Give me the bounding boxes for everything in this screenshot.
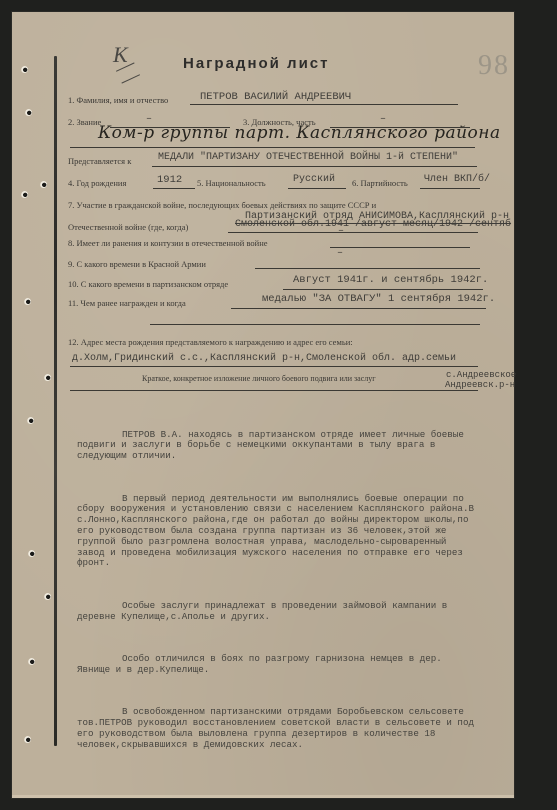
field-11-value: медалью "ЗА ОТВАГУ" 1 сентября 1942г. [262, 293, 495, 305]
position-handwritten: Ком-р группы парт. Касплянского района [98, 123, 501, 143]
summary-paragraph: Особые заслуги принадлежат в проведении … [77, 601, 477, 623]
handwritten-mark: К [113, 42, 128, 68]
archive-number: 98 [478, 50, 510, 82]
punch-hole [21, 66, 28, 73]
field-7-label-1: 7. Участие в гражданской войне, последую… [68, 200, 376, 210]
field-5-label: 5. Национальность [197, 178, 266, 188]
field-12-value-1: д.Холм,Гридинский с.с.,Касплянский р-н,С… [72, 353, 456, 364]
field-6-value: Член ВКП/б/ [424, 174, 490, 185]
punch-hole [25, 109, 32, 116]
field-8-value: – [338, 226, 344, 237]
field-1-label: 1. Фамилия, имя и отчество [68, 95, 168, 105]
punch-hole [44, 593, 51, 600]
punch-hole [28, 658, 35, 665]
summary-paragraph: ПЕТРОВ В.А. находясь в партизанском отря… [77, 430, 477, 462]
summary-paragraph: В освобожденном партизанскими отрядами Б… [77, 707, 477, 750]
punch-hole [28, 550, 35, 557]
presented-label: Представляется к [68, 156, 131, 166]
field-10-label: 10. С какого времени в партизанском отря… [68, 279, 228, 289]
field-2-label: 2. Звание [68, 117, 101, 127]
field-9-value: – [337, 248, 343, 259]
field-7-value-2: Смоленской обл.1941 /август месяц/1942 /… [235, 219, 511, 230]
field-6-label: 6. Партийность [352, 178, 408, 188]
punch-hole [24, 736, 31, 743]
document-title: Наградной лист [183, 55, 330, 72]
summary-caption: Краткое, конкретное изложение личного бо… [142, 374, 376, 383]
field-7-label-2: Отечественной войне (где, когда) [68, 222, 188, 232]
field-8-label: 8. Имеет ли ранения и контузии в отечест… [68, 238, 268, 248]
field-4-label: 4. Год рождения [68, 178, 126, 188]
field-11-label: 11. Чем ранее награжден и когда [68, 298, 186, 308]
field-10-value: Август 1941г. и сентябрь 1942г. [293, 274, 488, 286]
punch-hole [24, 298, 31, 305]
summary-paragraph: Особо отличился в боях по разгрому гарни… [77, 654, 477, 676]
punch-hole [44, 374, 51, 381]
field-12-value-2a: с.Андреевское [446, 370, 516, 380]
field-1-value: ПЕТРОВ ВАСИЛИЙ АНДРЕЕВИЧ [200, 91, 351, 103]
field-12-value-2b: Андреевск.р-н [445, 380, 515, 390]
presented-value: МЕДАЛИ "ПАРТИЗАНУ ОТЕЧЕСТВЕННОЙ ВОЙНЫ 1-… [158, 152, 458, 163]
summary-paragraph: В первый период деятельности им выполнял… [77, 494, 477, 570]
field-12-label: 12. Адрес места рождения представляемого… [68, 337, 353, 347]
binding-line [54, 56, 57, 746]
field-9-label: 9. С какого времени в Красной Армии [68, 259, 206, 269]
field-5-value: Русский [293, 174, 335, 185]
field-4-value: 1912 [157, 174, 182, 186]
punch-hole [40, 181, 47, 188]
summary-text: ПЕТРОВ В.А. находясь в партизанском отря… [77, 408, 477, 771]
punch-hole [21, 191, 28, 198]
punch-hole [27, 417, 34, 424]
